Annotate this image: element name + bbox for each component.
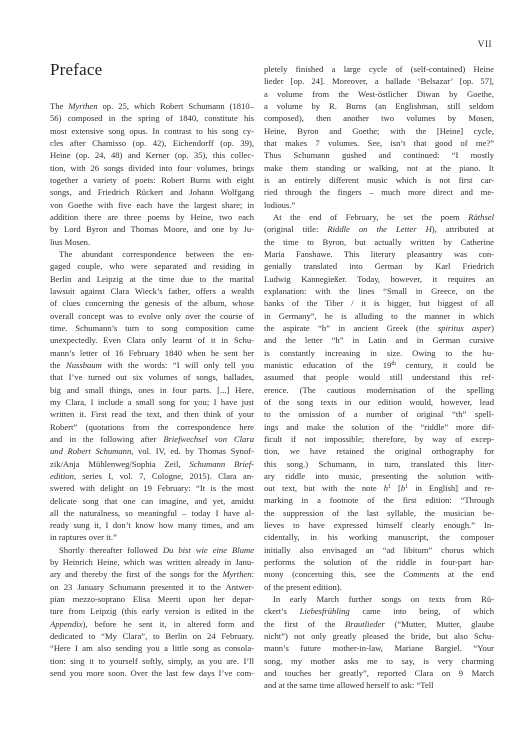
text-line: Heine (op. 24, 48) and Kerner (op. 35), … [50,149,254,161]
text-line: delicate song that one can imagine, and … [50,495,254,507]
text-line: explanation: with the lines “Small in Gr… [264,285,494,297]
text-line: lodious.” [264,199,494,211]
text-line: performs the solution of the riddle in f… [264,556,494,568]
text-line: make them standing or walking, not at th… [264,162,494,174]
text-line: tion: sing it to yourself softly, simply… [50,655,254,667]
text-line: assumed that people would still understa… [264,371,494,383]
text-line: Robert” (quotations from the corresponde… [50,421,254,433]
text-line: song, my mother asks me to say, is very … [264,655,494,667]
page-title: Preface [50,60,102,80]
text-line: of the song texts in our edition would, … [264,396,494,408]
text-line: Maria Fanshawe. This literary pleasantry… [264,248,494,260]
text-line: Heine, Byron and Goethe; with the [Heine… [264,125,494,137]
text-line: of clues concerning the genesis of the a… [50,297,254,309]
text-line: initially also envisaged an “ad libitum”… [264,544,494,556]
text-line: ficult if not impossible; therefore, by … [264,433,494,445]
text-line: von Goethe with five each have the large… [50,199,254,211]
text-line: unexpectedly. Even Clara only learnt of … [50,334,254,346]
text-line: manistic education of the 19th century, … [264,359,494,371]
text-line: written it. First read the text, and the… [50,408,254,420]
text-line: cles after Chamisso (op. 42), Eichendorf… [50,137,254,149]
text-line: Appendix), before he sent it, in altered… [50,618,254,630]
text-line: to the omission of a number of original … [264,408,494,420]
text-line: out text, but with the note h1 [b1 in En… [264,482,494,494]
text-line: marking in a footnote of the first editi… [264,494,494,506]
text-line: ary riddle into music, presenting the so… [264,470,494,482]
text-line: The Myrthen op. 25, which Robert Schuman… [50,100,254,112]
text-line: most extensive song opus. In contrast to… [50,125,254,137]
text-line: together a variety of poets: Robert Burn… [50,174,254,186]
text-line: all the naturalness, so meaningful – tod… [50,507,254,519]
text-line: in Germany”, he is alluding to the manne… [264,310,494,322]
text-line: that I’ve turned out six volumes of song… [50,371,254,383]
text-line: ings and make the solution of the “riddl… [264,421,494,433]
text-line: mann’s future mother-in-law, Mariane Bar… [264,642,494,654]
left-text-column: The Myrthen op. 25, which Robert Schuman… [50,100,254,679]
text-line: of the present edition). [264,581,494,593]
text-line: the Nussbaum with the words: “I will onl… [50,359,254,371]
text-line: 56) composed in the spring of 1840, cons… [50,112,254,124]
text-line: lius Mosen. [50,236,254,248]
text-line: Thus Schumann gushed and continued: “I m… [264,149,494,161]
text-line: Ludwig Kannegießer. Today, however, it r… [264,273,494,285]
text-line: by Lord Byron and Thomas Moore, and one … [50,223,254,235]
text-line: lieder [op. 24]. Moreover, a ballade ‘Be… [264,75,494,87]
text-line: lieves to have expressed himself clearly… [264,519,494,531]
text-line: Berlin and Leipzig at the time due to th… [50,273,254,285]
text-line: is constantly increasing in size. Owing … [264,347,494,359]
right-text-column: pletely finished a large cycle of (self-… [264,63,494,692]
text-line: that makes 7 volumes. See, isn’t that go… [264,137,494,149]
text-line: und Robert Schumann, vol. IV, ed. by Tho… [50,445,254,457]
text-line: ried through the fingers – much more dir… [264,186,494,198]
text-line: lawsuit against Clara Wieck’s father, of… [50,285,254,297]
text-line: and at the same time allowed herself to … [264,679,494,691]
text-line: the first of the Brautlieder (“Mutter, M… [264,618,494,630]
text-line: (original title: Riddle on the Letter H)… [264,223,494,235]
text-line: At the end of February, he set the poem … [264,211,494,223]
text-line: “Here I am also sending you a little son… [50,642,254,654]
text-line: and touches her greatly”, reported Clara… [264,667,494,679]
text-line: nicht”) not only greatly pleased the bri… [264,630,494,642]
text-line: tion, we have retained the original orth… [264,445,494,457]
text-line: ary and thereby the first of the songs f… [50,568,254,580]
text-line: the suppression of the last syllable, th… [264,507,494,519]
text-line: my Clara, I include a small song for you… [50,396,254,408]
text-line: mann’s letter of 16 February 1840 when h… [50,347,254,359]
text-line: mony (concerning this, see the Comments … [264,568,494,580]
text-line: a volume from the West-östlicher Diwan b… [264,88,494,100]
text-line: and in the following after Briefwechsel … [50,433,254,445]
text-line: genially translated into German by Karl … [264,260,494,272]
text-line: Shortly thereafter followed Du bist wie … [50,544,254,556]
page-number: VII [452,40,492,50]
text-line: and the letter “h” in Latin and in Germa… [264,334,494,346]
text-line: tion, with 26 songs divided into four vo… [50,162,254,174]
text-line: this song.) Schumann, in turn, translate… [264,458,494,470]
text-line: songs, and Friedrich Rückert and Johann … [50,186,254,198]
text-line: ready sung it, I don’t know how many tim… [50,519,254,531]
text-line: pian mezzo-soprano Elisa Meerti upon her… [50,593,254,605]
text-line: erence. (The cautious modernisation of t… [264,384,494,396]
text-line: ture from Leipzig (this early version is… [50,605,254,617]
text-line: is an entirely different music which is … [264,174,494,186]
text-line: the time to Byron, but actually written … [264,236,494,248]
text-line: The abundant correspondence between the … [50,248,254,260]
text-line: a volume by R. Burns (an Englishman, sti… [264,100,494,112]
text-line: swered with delight on 19 February: “It … [50,482,254,494]
text-line: cidentally, in his working manuscript, t… [264,531,494,543]
text-line: the aspirate “h” in ancient Greek (the s… [264,322,494,334]
text-line: overall concept was to evolve only over … [50,310,254,322]
text-line: in raptures over it.” [50,531,254,543]
text-line: send you more soon. Over the last few da… [50,667,254,679]
text-line: ckert’s Liebesfrühling came into being, … [264,605,494,617]
text-line: on 23 January Schumann presented it to t… [50,581,254,593]
text-line: by Heinrich Heine, which was written alr… [50,556,254,568]
text-line: big and small things, ones in four parts… [50,384,254,396]
text-line: time. Schumann’s turn to song compositio… [50,322,254,334]
text-line: addition there are three poems by Heine,… [50,211,254,223]
text-line: In early March further songs on texts fr… [264,593,494,605]
text-line: zik/Anja Mühlenweg/Sophia Zeil, Schumann… [50,458,254,470]
text-line: composed), then another two volumes by M… [264,112,494,124]
text-line: edition, series I, vol. 7, Cologne, 2015… [50,470,254,482]
text-line: banks of the Tiber / it is bigger, but b… [264,297,494,309]
text-line: pletely finished a large cycle of (self-… [264,63,494,75]
text-line: gaged couple, who were separated and res… [50,260,254,272]
text-line: dedicated to “My Clara”, to Berlin on 24… [50,630,254,642]
